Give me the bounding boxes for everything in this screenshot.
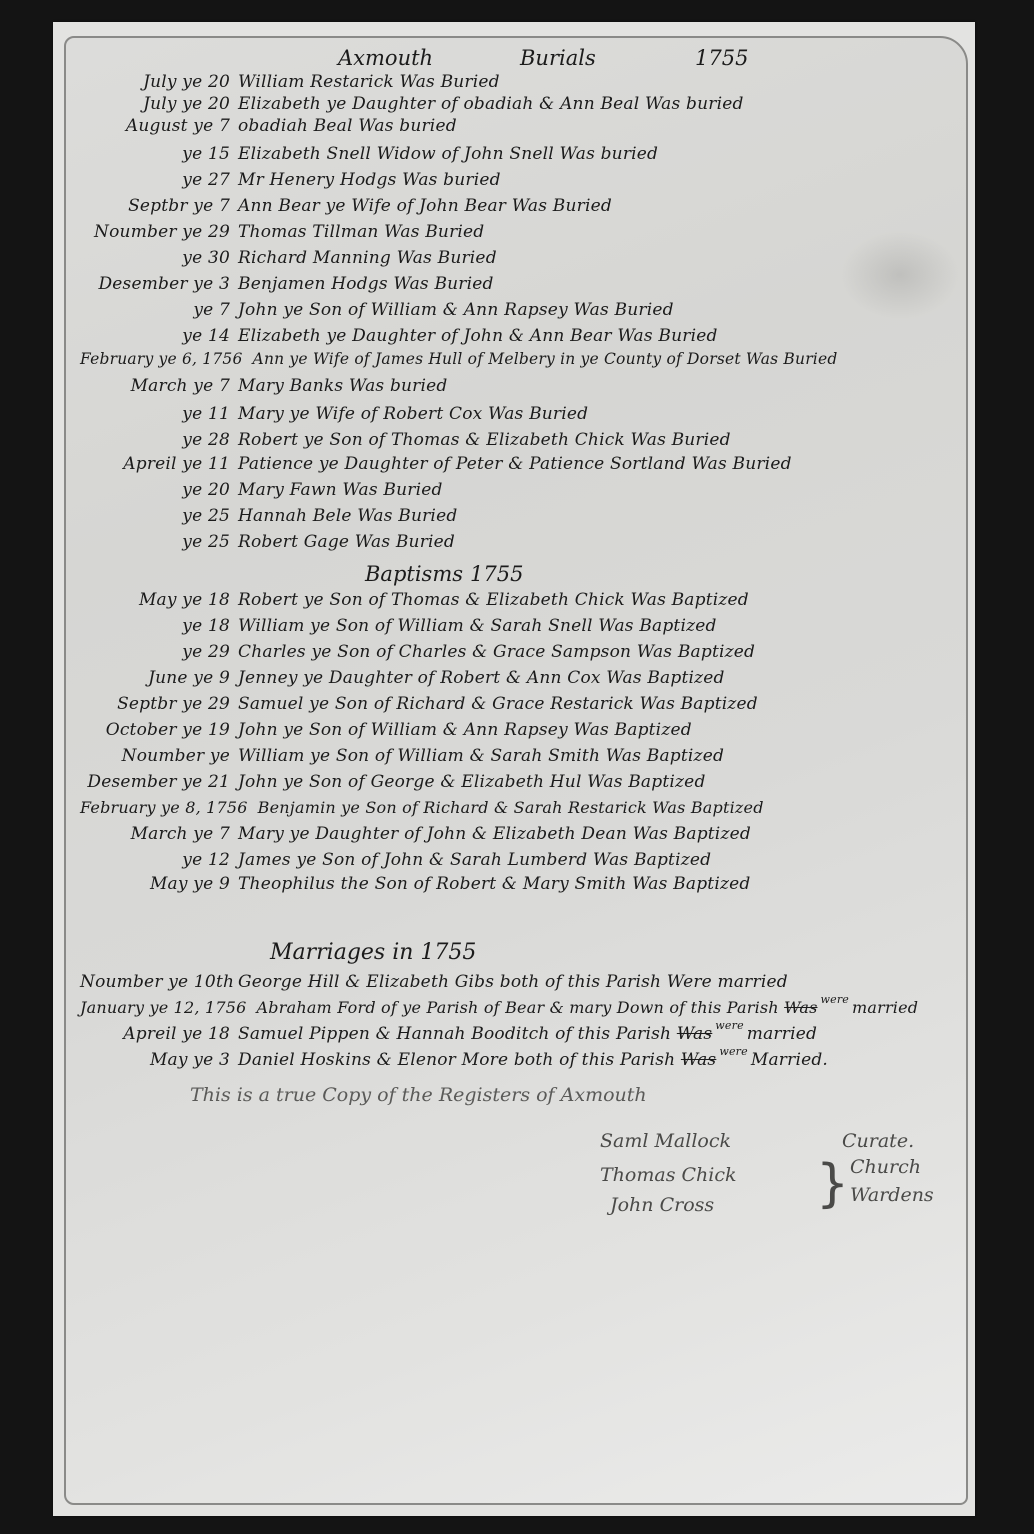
marriage-entry: Noumber ye 10thGeorge Hill & Elizabeth G… (80, 972, 788, 992)
burial-entry: ye 14Elizabeth ye Daughter of John & Ann… (80, 326, 718, 346)
warden-signature-2: John Cross (610, 1194, 714, 1216)
burial-entry: Noumber ye 29Thomas Tillman Was Buried (80, 222, 484, 242)
curate-title: Curate. (842, 1130, 914, 1152)
burial-entry: Desember ye 3Benjamen Hodgs Was Buried (80, 274, 494, 294)
baptism-entry: ye 12James ye Son of John & Sarah Lumber… (80, 850, 711, 870)
burial-entry: July ye 20William Restarick Was Buried (80, 72, 500, 92)
parish-title: Axmouth (338, 46, 433, 70)
burial-entry: August ye 7obadiah Beal Was buried (80, 116, 457, 136)
burials-heading: Burials (520, 46, 596, 70)
burial-entry: ye 30Richard Manning Was Buried (80, 248, 497, 268)
baptisms-heading: Baptisms (365, 562, 463, 586)
wardens-title-2: Wardens (850, 1184, 934, 1206)
baptism-entry: ye 18William ye Son of William & Sarah S… (80, 616, 717, 636)
baptism-entry: Desember ye 21John ye Son of George & El… (80, 772, 706, 792)
baptism-entry: May ye 18Robert ye Son of Thomas & Eliza… (80, 590, 749, 610)
burials-year: 1755 (695, 46, 748, 70)
burial-entry: Apreil ye 11Patience ye Daughter of Pete… (80, 454, 792, 474)
burial-entry: ye 15Elizabeth Snell Widow of John Snell… (80, 144, 658, 164)
burial-entry: ye 7John ye Son of William & Ann Rapsey … (80, 300, 674, 320)
baptism-entry: ye 29Charles ye Son of Charles & Grace S… (80, 642, 755, 662)
brace-mark: } (816, 1154, 849, 1214)
baptism-entry: June ye 9Jenney ye Daughter of Robert & … (80, 668, 725, 688)
burial-entry: Septbr ye 7Ann Bear ye Wife of John Bear… (80, 196, 612, 216)
burial-entry: ye 20Mary Fawn Was Buried (80, 480, 443, 500)
marriage-entry: Apreil ye 18Samuel Pippen & Hannah Boodi… (80, 1024, 817, 1044)
burial-entry: July ye 20Elizabeth ye Daughter of obadi… (80, 94, 744, 114)
baptisms-year: 1755 (470, 562, 523, 586)
baptism-entry: March ye 7Mary ye Daughter of John & Eli… (80, 824, 751, 844)
marriage-entry: January ye 12, 1756Abraham Ford of ye Pa… (80, 998, 918, 1017)
paper-stain (840, 230, 960, 320)
marriage-entry: May ye 3Daniel Hoskins & Elenor More bot… (80, 1050, 828, 1070)
burial-entry: ye 11Mary ye Wife of Robert Cox Was Buri… (80, 404, 588, 424)
curate-signature: Saml Mallock (600, 1130, 731, 1152)
attestation-line: This is a true Copy of the Registers of … (190, 1084, 647, 1106)
wardens-title-1: Church (850, 1156, 921, 1178)
baptism-entry: Noumber yeWilliam ye Son of William & Sa… (80, 746, 724, 766)
baptism-entry: May ye 9Theophilus the Son of Robert & M… (80, 874, 750, 894)
baptism-entry: Septbr ye 29Samuel ye Son of Richard & G… (80, 694, 758, 714)
burial-entry: March ye 7Mary Banks Was buried (80, 376, 447, 396)
burial-entry: ye 27Mr Henery Hodgs Was buried (80, 170, 501, 190)
burial-entry: ye 25Robert Gage Was Buried (80, 532, 455, 552)
baptism-entry: October ye 19John ye Son of William & An… (80, 720, 692, 740)
burial-entry: ye 28Robert ye Son of Thomas & Elizabeth… (80, 430, 731, 450)
burial-entry: ye 25Hannah Bele Was Buried (80, 506, 457, 526)
marriages-heading: Marriages in 1755 (270, 940, 476, 965)
burial-entry: February ye 6, 1756Ann ye Wife of James … (80, 350, 837, 368)
warden-signature-1: Thomas Chick (600, 1164, 737, 1186)
baptism-entry: February ye 8, 1756Benjamin ye Son of Ri… (80, 798, 764, 817)
